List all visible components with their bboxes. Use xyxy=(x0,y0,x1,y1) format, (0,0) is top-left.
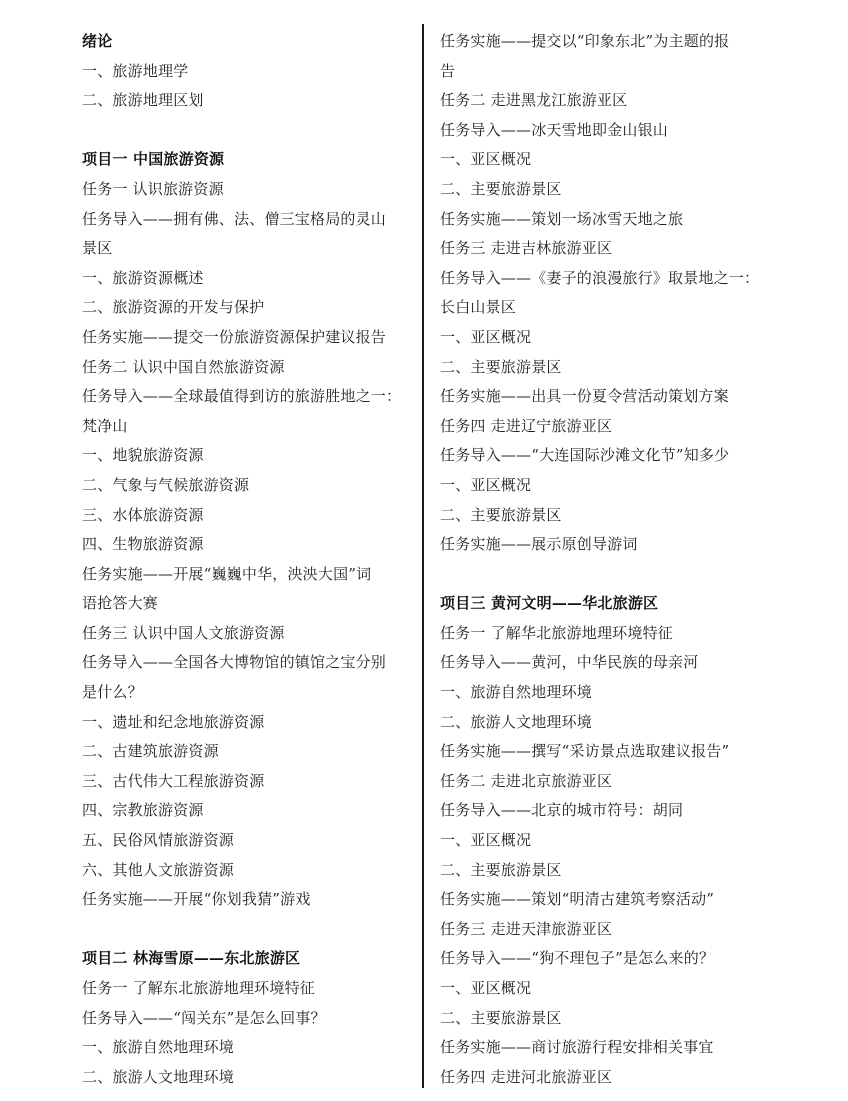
toc-entry: 是什么？ xyxy=(82,678,418,708)
toc-entry: 二、主要旅游景区 xyxy=(440,175,790,205)
toc-entry: 任务二 认识中国自然旅游资源 xyxy=(82,353,418,383)
toc-entry: 二、气象与气候旅游资源 xyxy=(82,471,418,501)
toc-entry: 二、古建筑旅游资源 xyxy=(82,737,418,767)
toc-entry: 语抢答大赛 xyxy=(82,589,418,619)
toc-entry: 二、主要旅游景区 xyxy=(440,353,790,383)
toc-entry: 任务导入——“闯关东”是怎么回事？ xyxy=(82,1004,418,1034)
toc-right-column: 任务实施——提交以“印象东北”为主题的报告任务二 走进黑龙江旅游亚区任务导入——… xyxy=(440,27,790,1092)
toc-entry: 长白山景区 xyxy=(440,293,790,323)
toc-entry: 任务导入——拥有佛、法、僧三宝格局的灵山 xyxy=(82,205,418,235)
toc-entry: 任务四 走进河北旅游亚区 xyxy=(440,1063,790,1093)
toc-heading: 项目三 黄河文明——华北旅游区 xyxy=(440,589,790,619)
toc-spacer xyxy=(82,116,418,146)
toc-entry: 任务实施——商讨旅游行程安排相关事宜 xyxy=(440,1033,790,1063)
toc-entry: 一、地貌旅游资源 xyxy=(82,441,418,471)
toc-heading: 绪论 xyxy=(82,27,418,57)
toc-entry: 四、生物旅游资源 xyxy=(82,530,418,560)
toc-entry: 任务实施——开展“你划我猜”游戏 xyxy=(82,885,418,915)
toc-entry: 任务一 了解华北旅游地理环境特征 xyxy=(440,619,790,649)
toc-spacer xyxy=(440,560,790,590)
toc-entry: 景区 xyxy=(82,234,418,264)
toc-entry: 任务实施——展示原创导游词 xyxy=(440,530,790,560)
toc-entry: 任务导入——冰天雪地即金山银山 xyxy=(440,116,790,146)
toc-entry: 任务导入——《妻子的浪漫旅行》取景地之一： xyxy=(440,264,790,294)
toc-entry: 一、遗址和纪念地旅游资源 xyxy=(82,708,418,738)
toc-entry: 一、亚区概况 xyxy=(440,323,790,353)
toc-entry: 四、宗教旅游资源 xyxy=(82,796,418,826)
toc-entry: 一、亚区概况 xyxy=(440,471,790,501)
toc-entry: 任务实施——开展“巍巍中华，泱泱大国”词 xyxy=(82,560,418,590)
toc-entry: 二、旅游人文地理环境 xyxy=(82,1063,418,1093)
toc-entry: 一、亚区概况 xyxy=(440,145,790,175)
toc-entry: 任务实施——提交以“印象东北”为主题的报 xyxy=(440,27,790,57)
toc-entry: 任务导入——“大连国际沙滩文化节”知多少 xyxy=(440,441,790,471)
toc-entry: 任务一 认识旅游资源 xyxy=(82,175,418,205)
toc-entry: 一、旅游资源概述 xyxy=(82,264,418,294)
toc-entry: 二、旅游资源的开发与保护 xyxy=(82,293,418,323)
column-divider xyxy=(422,24,424,1088)
table-of-contents-page: 绪论一、旅游地理学二、旅游地理区划项目一 中国旅游资源任务一 认识旅游资源任务导… xyxy=(0,0,848,1101)
toc-entry: 任务导入——“狗不理包子”是怎么来的？ xyxy=(440,944,790,974)
toc-entry: 任务二 走进北京旅游亚区 xyxy=(440,767,790,797)
toc-entry: 任务实施——提交一份旅游资源保护建议报告 xyxy=(82,323,418,353)
toc-entry: 任务三 认识中国人文旅游资源 xyxy=(82,619,418,649)
toc-entry: 六、其他人文旅游资源 xyxy=(82,856,418,886)
toc-entry: 梵净山 xyxy=(82,412,418,442)
toc-entry: 任务一 了解东北旅游地理环境特征 xyxy=(82,974,418,1004)
toc-heading: 项目一 中国旅游资源 xyxy=(82,145,418,175)
toc-heading: 项目二 林海雪原——东北旅游区 xyxy=(82,944,418,974)
toc-entry: 告 xyxy=(440,57,790,87)
toc-entry: 二、主要旅游景区 xyxy=(440,1004,790,1034)
toc-entry: 任务实施——撰写“采访景点选取建议报告” xyxy=(440,737,790,767)
toc-left-column: 绪论一、旅游地理学二、旅游地理区划项目一 中国旅游资源任务一 认识旅游资源任务导… xyxy=(82,27,418,1092)
toc-spacer xyxy=(82,915,418,945)
toc-entry: 任务实施——策划一场冰雪天地之旅 xyxy=(440,205,790,235)
toc-entry: 二、旅游地理区划 xyxy=(82,86,418,116)
toc-entry: 一、旅游地理学 xyxy=(82,57,418,87)
toc-entry: 任务实施——出具一份夏令营活动策划方案 xyxy=(440,382,790,412)
toc-entry: 任务导入——北京的城市符号：胡同 xyxy=(440,796,790,826)
toc-entry: 一、亚区概况 xyxy=(440,974,790,1004)
toc-entry: 二、主要旅游景区 xyxy=(440,856,790,886)
toc-entry: 三、水体旅游资源 xyxy=(82,501,418,531)
toc-entry: 任务实施——策划“明清古建筑考察活动” xyxy=(440,885,790,915)
toc-entry: 三、古代伟大工程旅游资源 xyxy=(82,767,418,797)
toc-entry: 一、亚区概况 xyxy=(440,826,790,856)
toc-entry: 任务二 走进黑龙江旅游亚区 xyxy=(440,86,790,116)
toc-entry: 一、旅游自然地理环境 xyxy=(440,678,790,708)
toc-entry: 任务四 走进辽宁旅游亚区 xyxy=(440,412,790,442)
toc-entry: 任务三 走进天津旅游亚区 xyxy=(440,915,790,945)
toc-entry: 任务导入——黄河，中华民族的母亲河 xyxy=(440,648,790,678)
toc-entry: 任务三 走进吉林旅游亚区 xyxy=(440,234,790,264)
toc-entry: 一、旅游自然地理环境 xyxy=(82,1033,418,1063)
toc-entry: 任务导入——全国各大博物馆的镇馆之宝分别 xyxy=(82,648,418,678)
toc-entry: 二、旅游人文地理环境 xyxy=(440,708,790,738)
toc-entry: 二、主要旅游景区 xyxy=(440,501,790,531)
toc-entry: 任务导入——全球最值得到访的旅游胜地之一： xyxy=(82,382,418,412)
toc-entry: 五、民俗风情旅游资源 xyxy=(82,826,418,856)
